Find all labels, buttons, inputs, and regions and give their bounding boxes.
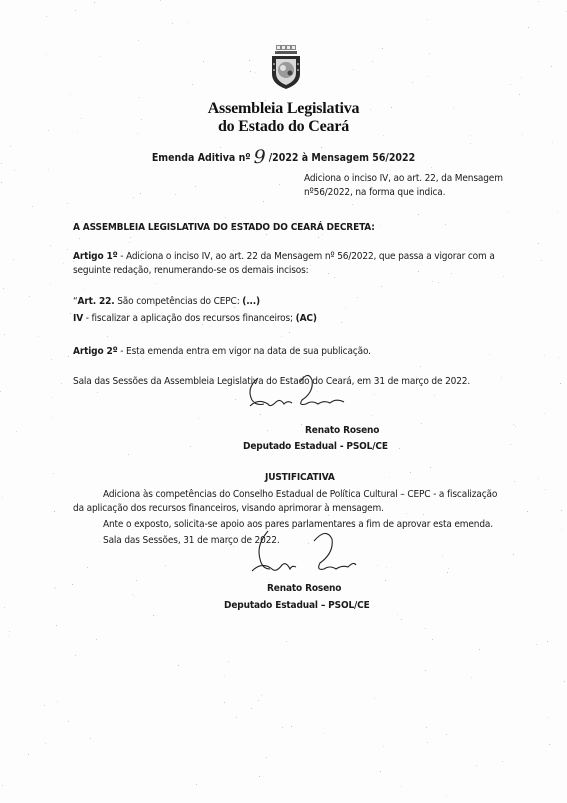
scan-speck: [2, 497, 3, 498]
scan-speck: [510, 84, 511, 85]
ementa-line2: nº56/2022, na forma que indica.: [304, 187, 445, 198]
scan-speck: [153, 615, 154, 616]
scan-speck: [418, 214, 419, 215]
scan-speck: [45, 743, 46, 744]
scan-speck: [2, 785, 3, 786]
scan-speck: [134, 596, 135, 597]
scan-speck: [383, 135, 384, 136]
scan-speck: [389, 477, 390, 478]
scan-speck: [453, 107, 454, 108]
signature-scribble-1: [240, 370, 350, 420]
scan-speck: [202, 324, 203, 325]
scan-speck: [445, 224, 446, 225]
scan-speck: [361, 525, 362, 526]
scan-speck: [87, 567, 88, 568]
scan-speck: [56, 625, 57, 626]
scan-speck: [142, 322, 143, 323]
scan-speck: [53, 473, 54, 474]
scan-speck: [196, 784, 197, 785]
scan-speck: [52, 397, 53, 398]
scan-speck: [428, 76, 429, 77]
scan-speck: [29, 296, 30, 297]
scan-speck: [1, 163, 2, 164]
scan-speck: [50, 245, 51, 246]
signer1-name: Renato Roseno: [305, 425, 379, 436]
scan-speck: [278, 450, 279, 451]
scan-speck: [266, 757, 267, 758]
scan-speck: [249, 60, 250, 61]
scan-speck: [538, 1, 539, 2]
scan-speck: [348, 433, 349, 434]
scan-speck: [54, 511, 55, 512]
scan-speck: [432, 281, 433, 282]
scan-speck: [140, 193, 141, 194]
scan-speck: [282, 727, 283, 728]
scan-speck: [203, 61, 204, 62]
scan-speck: [370, 109, 371, 110]
scan-speck: [75, 10, 76, 11]
scan-speck: [137, 133, 138, 134]
scan-speck: [97, 392, 98, 393]
scan-speck: [380, 225, 381, 226]
scan-speck: [14, 170, 15, 171]
scan-speck: [397, 614, 398, 615]
justification-para1-line1: Adiciona às competências do Conselho Est…: [103, 489, 497, 500]
scan-speck: [80, 303, 81, 304]
scan-speck: [3, 288, 4, 289]
scan-speck: [372, 61, 373, 62]
scan-speck: [425, 628, 426, 629]
scan-speck: [175, 494, 176, 495]
scan-speck: [133, 539, 134, 540]
scan-speck: [522, 134, 523, 135]
scan-speck: [479, 649, 480, 650]
scan-speck: [90, 738, 91, 739]
scan-speck: [425, 670, 426, 671]
scan-speck: [13, 259, 14, 260]
article2: Artigo 2º - Esta emenda entra em vigor n…: [73, 346, 371, 357]
scan-speck: [328, 273, 329, 274]
scan-speck: [75, 655, 76, 656]
article1-label: Artigo 1º: [73, 251, 118, 262]
article1-line1: Artigo 1º - Adiciona o inciso IV, ao art…: [73, 251, 495, 262]
scan-speck: [541, 260, 542, 261]
scan-speck: [220, 147, 221, 148]
scan-speck: [374, 394, 375, 395]
institution-name-line2: do Estado do Ceará: [0, 118, 567, 136]
scan-speck: [447, 572, 448, 573]
title-prefix: Emenda Aditiva nº: [152, 152, 251, 164]
scan-speck: [552, 142, 553, 143]
scan-speck: [224, 702, 225, 703]
scan-speck: [301, 424, 302, 425]
scan-speck: [411, 256, 412, 257]
quote-line1: “Art. 22. São competências do CEPC: (...…: [73, 296, 260, 307]
scan-speck: [281, 352, 282, 353]
article2-label: Artigo 2º: [73, 346, 118, 357]
scan-speck: [412, 82, 413, 83]
scan-speck: [381, 286, 382, 287]
scan-speck: [94, 221, 95, 222]
scan-speck: [284, 507, 285, 508]
scan-speck: [476, 765, 477, 766]
scan-speck: [430, 467, 431, 468]
scan-speck: [317, 391, 318, 392]
scan-speck: [281, 336, 282, 337]
scan-speck: [489, 354, 490, 355]
scan-speck: [314, 523, 315, 524]
scan-speck: [561, 510, 562, 511]
scan-speck: [164, 497, 165, 498]
scan-speck: [383, 746, 384, 747]
scan-speck: [178, 665, 179, 666]
scan-speck: [558, 357, 559, 358]
scan-speck: [448, 568, 449, 569]
scan-speck: [521, 77, 522, 78]
scan-speck: [77, 132, 78, 133]
scan-speck: [255, 72, 256, 73]
scan-speck: [99, 541, 100, 542]
scan-speck: [291, 726, 292, 727]
scan-speck: [160, 0, 161, 1]
scan-speck: [501, 377, 502, 378]
scan-speck: [391, 107, 392, 108]
scan-speck: [322, 172, 323, 173]
scan-speck: [548, 717, 549, 718]
scan-speck: [72, 584, 73, 585]
scan-speck: [192, 84, 193, 85]
scan-speck: [322, 234, 323, 235]
scan-speck: [198, 418, 199, 419]
scan-speck: [321, 147, 322, 148]
decree-heading: A ASSEMBLEIA LEGISLATIVA DO ESTADO DO CE…: [73, 222, 375, 233]
article2-text: - Esta emenda entra em vigor na data de …: [118, 346, 371, 357]
scan-speck: [427, 19, 428, 20]
coat-of-arms-icon: [270, 44, 302, 90]
scan-speck: [446, 795, 447, 796]
scan-speck: [259, 776, 260, 777]
scan-speck: [536, 644, 537, 645]
scan-speck: [401, 619, 402, 620]
scan-speck: [372, 415, 373, 416]
scan-speck: [513, 554, 514, 555]
scan-speck: [514, 481, 515, 482]
scan-speck: [195, 186, 196, 187]
scan-speck: [130, 237, 131, 238]
scan-speck: [141, 250, 142, 251]
institution-name-line1: Assembleia Legislativa: [0, 100, 567, 118]
scan-speck: [341, 322, 342, 323]
scan-speck: [175, 194, 176, 195]
scan-speck: [418, 271, 419, 272]
scan-speck: [133, 197, 134, 198]
signer2-role: Deputado Estadual – PSOL/CE: [224, 600, 370, 611]
scan-speck: [4, 607, 5, 608]
scan-speck: [249, 302, 250, 303]
scan-speck: [57, 701, 58, 702]
scan-speck: [423, 514, 424, 515]
scan-speck: [492, 525, 493, 526]
scan-speck: [549, 744, 550, 745]
signature-scribble-2: [240, 525, 360, 585]
scan-speck: [289, 332, 290, 333]
scan-speck: [352, 204, 353, 205]
scan-speck: [420, 366, 421, 367]
scan-speck: [551, 66, 552, 67]
scan-speck: [286, 641, 287, 642]
scan-speck: [73, 261, 74, 262]
title-suffix: /2022 à Mensagem 56/2022: [269, 152, 415, 164]
scan-speck: [67, 203, 68, 204]
scan-speck: [250, 71, 251, 72]
scan-speck: [406, 513, 407, 514]
scan-speck: [235, 399, 236, 400]
scan-speck: [81, 118, 82, 119]
scan-speck: [331, 105, 332, 106]
scan-speck: [438, 282, 439, 283]
scan-speck: [470, 135, 471, 136]
scan-speck: [70, 94, 71, 95]
scan-speck: [323, 733, 324, 734]
scan-speck: [380, 771, 381, 772]
scan-speck: [233, 546, 234, 547]
justification-heading: JUSTIFICATIVA: [265, 472, 335, 483]
scan-speck: [46, 16, 47, 17]
scan-speck: [156, 283, 157, 284]
scan-speck: [382, 48, 383, 49]
scan-speck: [319, 566, 320, 567]
scan-speck: [328, 515, 329, 516]
scan-speck: [132, 594, 133, 595]
scan-speck: [61, 383, 62, 384]
scan-speck: [310, 265, 311, 266]
scan-speck: [269, 582, 270, 583]
scan-speck: [560, 383, 561, 384]
scan-speck: [442, 556, 443, 557]
scan-speck: [48, 169, 49, 170]
scan-speck: [267, 430, 268, 431]
scan-speck: [471, 677, 472, 678]
scan-speck: [94, 2, 95, 3]
scan-speck: [84, 289, 85, 290]
scan-speck: [261, 695, 262, 696]
scan-speck: [260, 414, 261, 415]
scan-speck: [431, 167, 432, 168]
scan-speck: [225, 217, 226, 218]
signer1-role: Deputado Estadual - PSOL/CE: [243, 441, 388, 452]
scan-speck: [280, 41, 281, 42]
scan-speck: [236, 717, 237, 718]
scan-speck: [345, 308, 346, 309]
scan-speck: [266, 234, 267, 235]
scan-speck: [502, 761, 503, 762]
scan-speck: [8, 635, 9, 636]
scan-speck: [377, 565, 378, 566]
scan-speck: [251, 708, 252, 709]
scan-speck: [121, 316, 122, 317]
scan-speck: [100, 56, 101, 57]
scan-speck: [446, 734, 447, 735]
scan-speck: [126, 313, 127, 314]
scan-speck: [528, 27, 529, 28]
scan-speck: [299, 252, 300, 253]
scan-speck: [138, 40, 139, 41]
scan-speck: [234, 307, 235, 308]
scan-speck: [51, 359, 52, 360]
document-title: Emenda Aditiva nº9/2022 à Mensagem 56/20…: [0, 144, 567, 166]
scan-speck: [54, 588, 55, 589]
scan-speck: [138, 355, 139, 356]
scan-speck: [233, 250, 234, 251]
scan-speck: [281, 355, 282, 356]
scan-speck: [334, 277, 335, 278]
scan-speck: [357, 297, 358, 298]
scan-speck: [547, 641, 548, 642]
scan-speck: [136, 580, 137, 581]
article1-text: - Adiciona o inciso IV, ao art. 22 da Me…: [118, 251, 495, 262]
scan-speck: [190, 446, 191, 447]
scan-speck: [96, 639, 97, 640]
scan-speck: [374, 698, 375, 699]
scan-speck: [434, 395, 435, 396]
handwritten-number: 9: [254, 146, 266, 168]
scan-speck: [386, 567, 387, 568]
scan-speck: [495, 174, 496, 175]
scan-speck: [508, 212, 509, 213]
scan-speck: [353, 69, 354, 70]
scan-speck: [67, 249, 68, 250]
scan-speck: [427, 742, 428, 743]
scan-speck: [144, 494, 145, 495]
scan-speck: [503, 276, 504, 277]
scan-speck: [289, 62, 290, 63]
scan-speck: [266, 353, 267, 354]
scan-speck: [50, 283, 51, 284]
scan-speck: [385, 580, 386, 581]
scan-speck: [145, 497, 146, 498]
scan-speck: [129, 242, 130, 243]
scan-speck: [519, 94, 520, 95]
scan-speck: [400, 786, 401, 787]
scan-speck: [263, 201, 264, 202]
scan-speck: [429, 53, 430, 54]
scan-speck: [1, 182, 2, 183]
scan-speck: [538, 478, 539, 479]
scan-speck: [308, 543, 309, 544]
scan-speck: [68, 721, 69, 722]
scan-speck: [451, 273, 452, 274]
scan-speck: [224, 675, 225, 676]
scan-speck: [232, 228, 233, 229]
scan-speck: [426, 727, 427, 728]
scan-speck: [79, 238, 80, 239]
scan-speck: [470, 143, 471, 144]
scan-speck: [38, 336, 39, 337]
scan-speck: [258, 700, 259, 701]
quote-ellipsis: (...): [242, 296, 260, 307]
inciso-tag: (AC): [296, 313, 317, 324]
scan-speck: [318, 237, 319, 238]
scan-speck: [165, 565, 166, 566]
scan-speck: [564, 681, 565, 682]
scan-speck: [172, 23, 173, 24]
article1-line2: seguinte redação, renumerando-se os dema…: [73, 265, 309, 276]
scan-speck: [515, 426, 516, 427]
scan-speck: [63, 263, 64, 264]
scan-speck: [44, 705, 45, 706]
scan-speck: [201, 528, 202, 529]
scan-speck: [544, 355, 545, 356]
scan-speck: [9, 631, 10, 632]
scan-speck: [48, 130, 49, 131]
quote-article-text: São competências do CEPC:: [115, 296, 243, 307]
justification-para1-line2: da aplicação dos recursos financeiros, v…: [73, 503, 384, 514]
scan-speck: [513, 424, 514, 425]
scan-speck: [0, 391, 1, 392]
scan-speck: [198, 157, 199, 158]
inciso-text: - fiscalizar a aplicação dos recursos fi…: [83, 313, 296, 324]
scan-speck: [410, 472, 411, 473]
scan-speck: [399, 448, 400, 449]
scan-speck: [421, 423, 422, 424]
scan-speck: [276, 224, 277, 225]
scan-speck: [557, 212, 558, 213]
scan-speck: [545, 489, 546, 490]
scan-speck: [255, 352, 256, 353]
scan-speck: [265, 100, 266, 101]
scan-speck: [128, 454, 129, 455]
scan-speck: [273, 53, 274, 54]
scan-speck: [4, 334, 5, 335]
scan-speck: [187, 22, 188, 23]
quote-line2: IV - fiscalizar a aplicação dos recursos…: [73, 313, 317, 324]
scan-speck: [276, 51, 277, 52]
scan-speck: [262, 125, 263, 126]
scan-speck: [51, 417, 52, 418]
scan-speck: [527, 511, 528, 512]
scan-speck: [28, 754, 29, 755]
signer2-name: Renato Roseno: [267, 583, 341, 594]
scan-speck: [228, 661, 229, 662]
scan-speck: [55, 587, 56, 588]
scan-speck: [141, 119, 142, 120]
inciso-label: IV: [73, 313, 83, 324]
scan-speck: [538, 243, 539, 244]
scan-speck: [107, 336, 108, 337]
scan-speck: [32, 206, 33, 207]
scan-speck: [279, 184, 280, 185]
scan-speck: [139, 97, 140, 98]
scan-speck: [544, 413, 545, 414]
quote-article-label: Art. 22.: [78, 296, 115, 307]
scan-speck: [46, 54, 47, 55]
scan-speck: [10, 146, 11, 147]
scan-speck: [70, 313, 71, 314]
scan-speck: [561, 529, 562, 530]
scan-speck: [510, 444, 511, 445]
document-page: Assembleia Legislativa do Estado do Cear…: [0, 0, 567, 803]
scan-speck: [16, 431, 17, 432]
scan-speck: [68, 356, 69, 357]
scan-speck: [432, 639, 433, 640]
ementa-line1: Adiciona o inciso IV, ao art. 22, da Men…: [304, 173, 503, 184]
